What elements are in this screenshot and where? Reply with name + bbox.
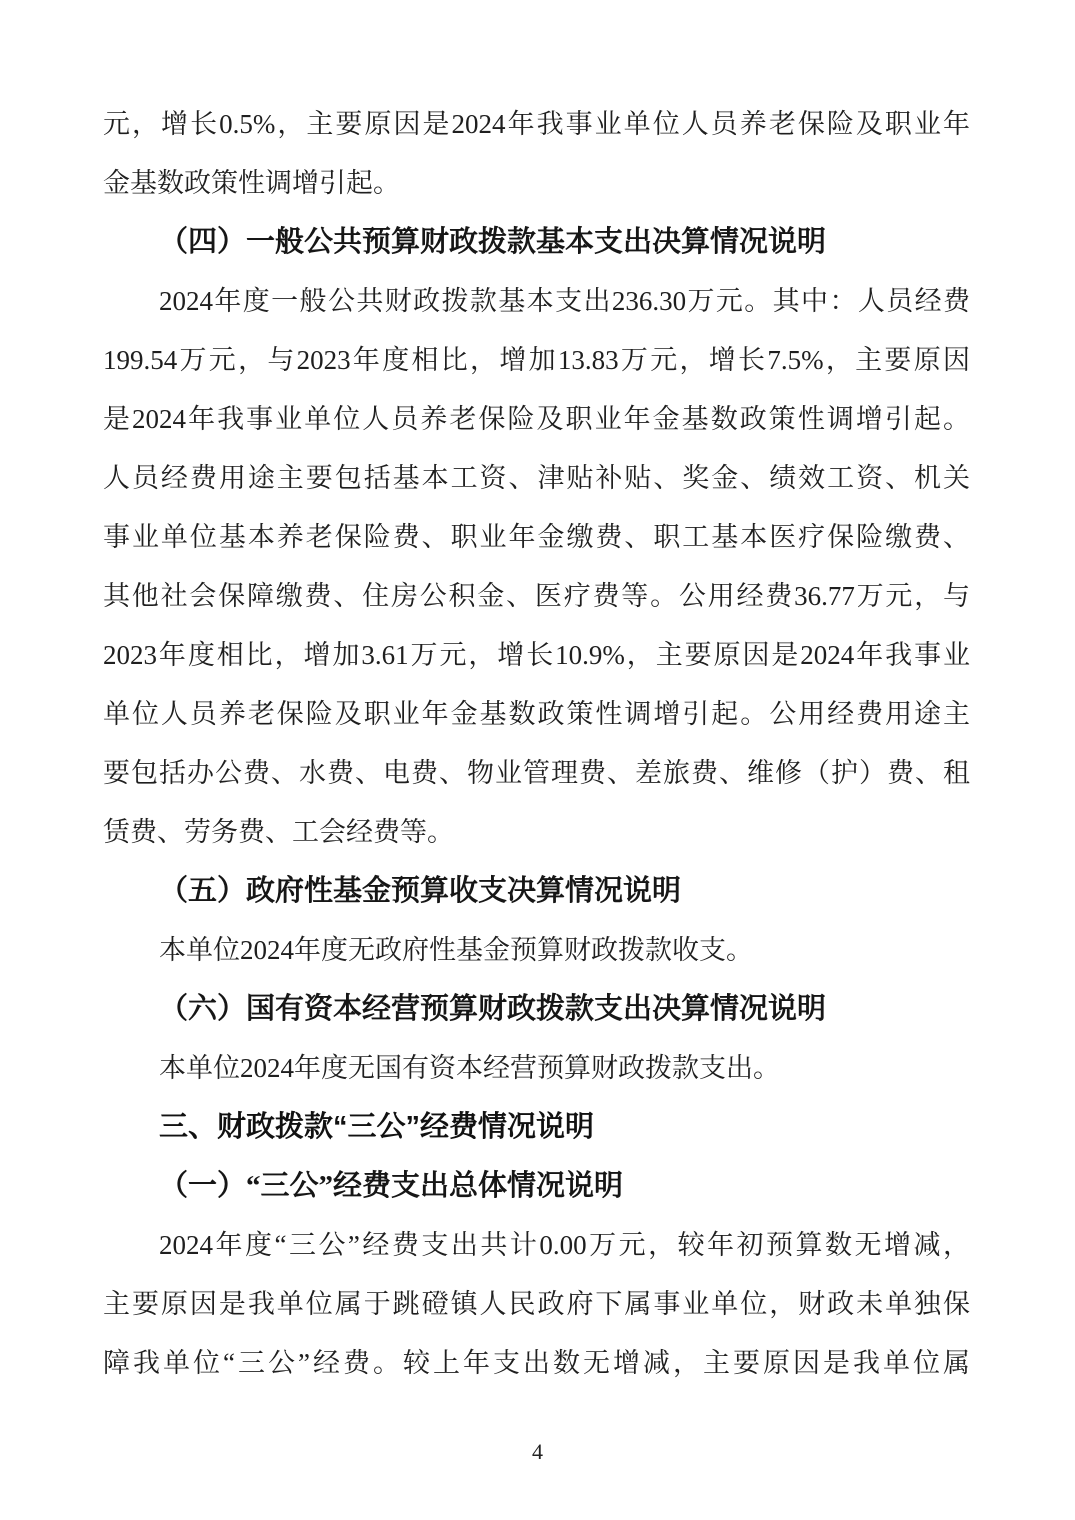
text-line: 本单位2024年度无政府性基金预算财政拨款收支。	[103, 921, 970, 980]
text-line: 199.54万元，与2023年度相比，增加13.83万元，增长7.5%，主要原因	[103, 331, 970, 390]
text-line: （四）一般公共预算财政拨款基本支出决算情况说明	[103, 213, 970, 272]
text-line: （一）“三公”经费支出总体情况说明	[103, 1157, 970, 1216]
text-line: 其他社会保障缴费、住房公积金、医疗费等。公用经费36.77万元，与	[103, 567, 970, 626]
text-line: 元，增长0.5%，主要原因是2024年我事业单位人员养老保险及职业年	[103, 95, 970, 154]
text-line: 金基数政策性调增引起。	[103, 154, 970, 213]
text-line: 人员经费用途主要包括基本工资、津贴补贴、奖金、绩效工资、机关	[103, 449, 970, 508]
text-line: （五）政府性基金预算收支决算情况说明	[103, 862, 970, 921]
text-line: 单位人员养老保险及职业年金基数政策性调增引起。公用经费用途主	[103, 685, 970, 744]
text-line: 事业单位基本养老保险费、职业年金缴费、职工基本医疗保险缴费、	[103, 508, 970, 567]
text-line: （六）国有资本经营预算财政拨款支出决算情况说明	[103, 980, 970, 1039]
text-line: 三、财政拨款“三公”经费情况说明	[103, 1098, 970, 1157]
text-line: 主要原因是我单位属于跳磴镇人民政府下属事业单位，财政未单独保	[103, 1275, 970, 1334]
text-line: 2024年度“三公”经费支出共计0.00万元，较年初预算数无增减，	[103, 1216, 970, 1275]
text-line: 要包括办公费、水费、电费、物业管理费、差旅费、维修（护）费、租	[103, 744, 970, 803]
text-block: 元，增长0.5%，主要原因是2024年我事业单位人员养老保险及职业年金基数政策性…	[103, 95, 970, 1393]
text-line: 障我单位“三公”经费。较上年支出数无增减，主要原因是我单位属	[103, 1334, 970, 1393]
text-line: 赁费、劳务费、工会经费等。	[103, 803, 970, 862]
document-page: 元，增长0.5%，主要原因是2024年我事业单位人员养老保险及职业年金基数政策性…	[0, 0, 1075, 1520]
page-number: 4	[0, 1437, 1075, 1467]
text-line: 是2024年我事业单位人员养老保险及职业年金基数政策性调增引起。	[103, 390, 970, 449]
text-line: 2024年度一般公共财政拨款基本支出236.30万元。其中：人员经费	[103, 272, 970, 331]
text-line: 本单位2024年度无国有资本经营预算财政拨款支出。	[103, 1039, 970, 1098]
text-line: 2023年度相比，增加3.61万元，增长10.9%，主要原因是2024年我事业	[103, 626, 970, 685]
